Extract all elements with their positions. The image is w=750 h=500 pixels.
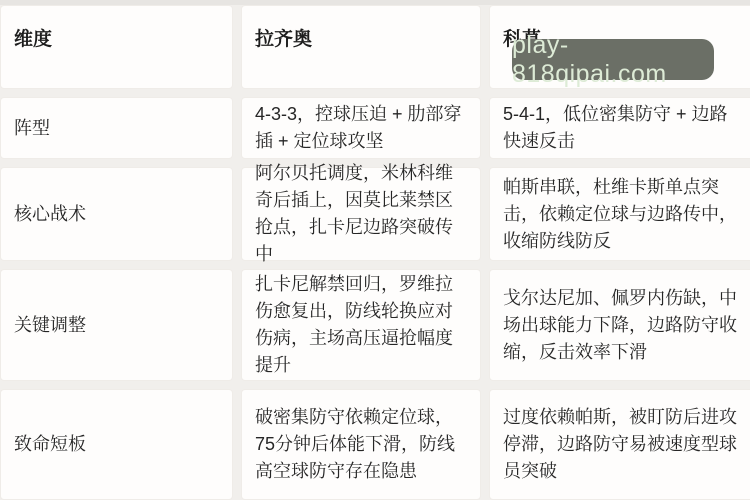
cell-text: 帕斯串联，杜维卡斯单点突击，依赖定位球与边路传中，收缩防线防反 — [503, 174, 744, 255]
row-label-text: 关键调整 — [14, 312, 86, 339]
table-cell-como-formation: 5-4-1，低位密集防守 + 边路快速反击 — [489, 97, 750, 159]
column-header-lazio: 拉齐奥 — [241, 5, 481, 89]
table-cell-lazio-core-tactics: 阿尔贝托调度，米林科维奇后插上，因莫比莱禁区抢点，扎卡尼边路突破传中 — [241, 167, 481, 261]
row-label-core-tactics: 核心战术 — [0, 167, 233, 261]
cell-text: 4-3-3，控球压迫 + 肋部穿插 + 定位球攻坚 — [255, 101, 467, 155]
row-label-fatal-weakness: 致命短板 — [0, 389, 233, 500]
row-label-text: 核心战术 — [14, 201, 86, 228]
cell-text: 5-4-1，低位密集防守 + 边路快速反击 — [503, 101, 744, 155]
table-cell-lazio-formation: 4-3-3，控球压迫 + 肋部穿插 + 定位球攻坚 — [241, 97, 481, 159]
watermark-text: play-818qipai.com — [512, 31, 714, 89]
row-label-formation: 阵型 — [0, 97, 233, 159]
cell-text: 扎卡尼解禁回归，罗维拉伤愈复出，防线轮换应对伤病，主场高压逼抢幅度提升 — [255, 271, 467, 379]
comparison-table-page: 维度 拉齐奥 科莫 阵型 4-3-3，控球压迫 + 肋部穿插 + 定位球攻坚 5… — [0, 0, 750, 500]
cell-text: 阿尔贝托调度，米林科维奇后插上，因莫比莱禁区抢点，扎卡尼边路突破传中 — [255, 160, 467, 268]
row-label-key-adjustments: 关键调整 — [0, 269, 233, 381]
table-cell-como-core-tactics: 帕斯串联，杜维卡斯单点突击，依赖定位球与边路传中，收缩防线防反 — [489, 167, 750, 261]
watermark-badge: play-818qipai.com — [512, 39, 714, 80]
table-cell-lazio-fatal-weakness: 破密集防守依赖定位球，75分钟后体能下滑，防线高空球防守存在隐患 — [241, 389, 481, 500]
cell-text: 戈尔达尼加、佩罗内伤缺，中场出球能力下降，边路防守收缩，反击效率下滑 — [503, 285, 744, 366]
cell-text: 破密集防守依赖定位球，75分钟后体能下滑，防线高空球防守存在隐患 — [255, 404, 467, 485]
header-label: 维度 — [14, 29, 52, 50]
header-label: 拉齐奥 — [255, 29, 312, 50]
row-label-text: 致命短板 — [14, 431, 86, 458]
table-cell-como-key-adjustments: 戈尔达尼加、佩罗内伤缺，中场出球能力下降，边路防守收缩，反击效率下滑 — [489, 269, 750, 381]
row-label-text: 阵型 — [14, 115, 50, 142]
table-cell-lazio-key-adjustments: 扎卡尼解禁回归，罗维拉伤愈复出，防线轮换应对伤病，主场高压逼抢幅度提升 — [241, 269, 481, 381]
cell-text: 过度依赖帕斯，被盯防后进攻停滞，边路防守易被速度型球员突破 — [503, 404, 744, 485]
column-header-dimension: 维度 — [0, 5, 233, 89]
table-cell-como-fatal-weakness: 过度依赖帕斯，被盯防后进攻停滞，边路防守易被速度型球员突破 — [489, 389, 750, 500]
